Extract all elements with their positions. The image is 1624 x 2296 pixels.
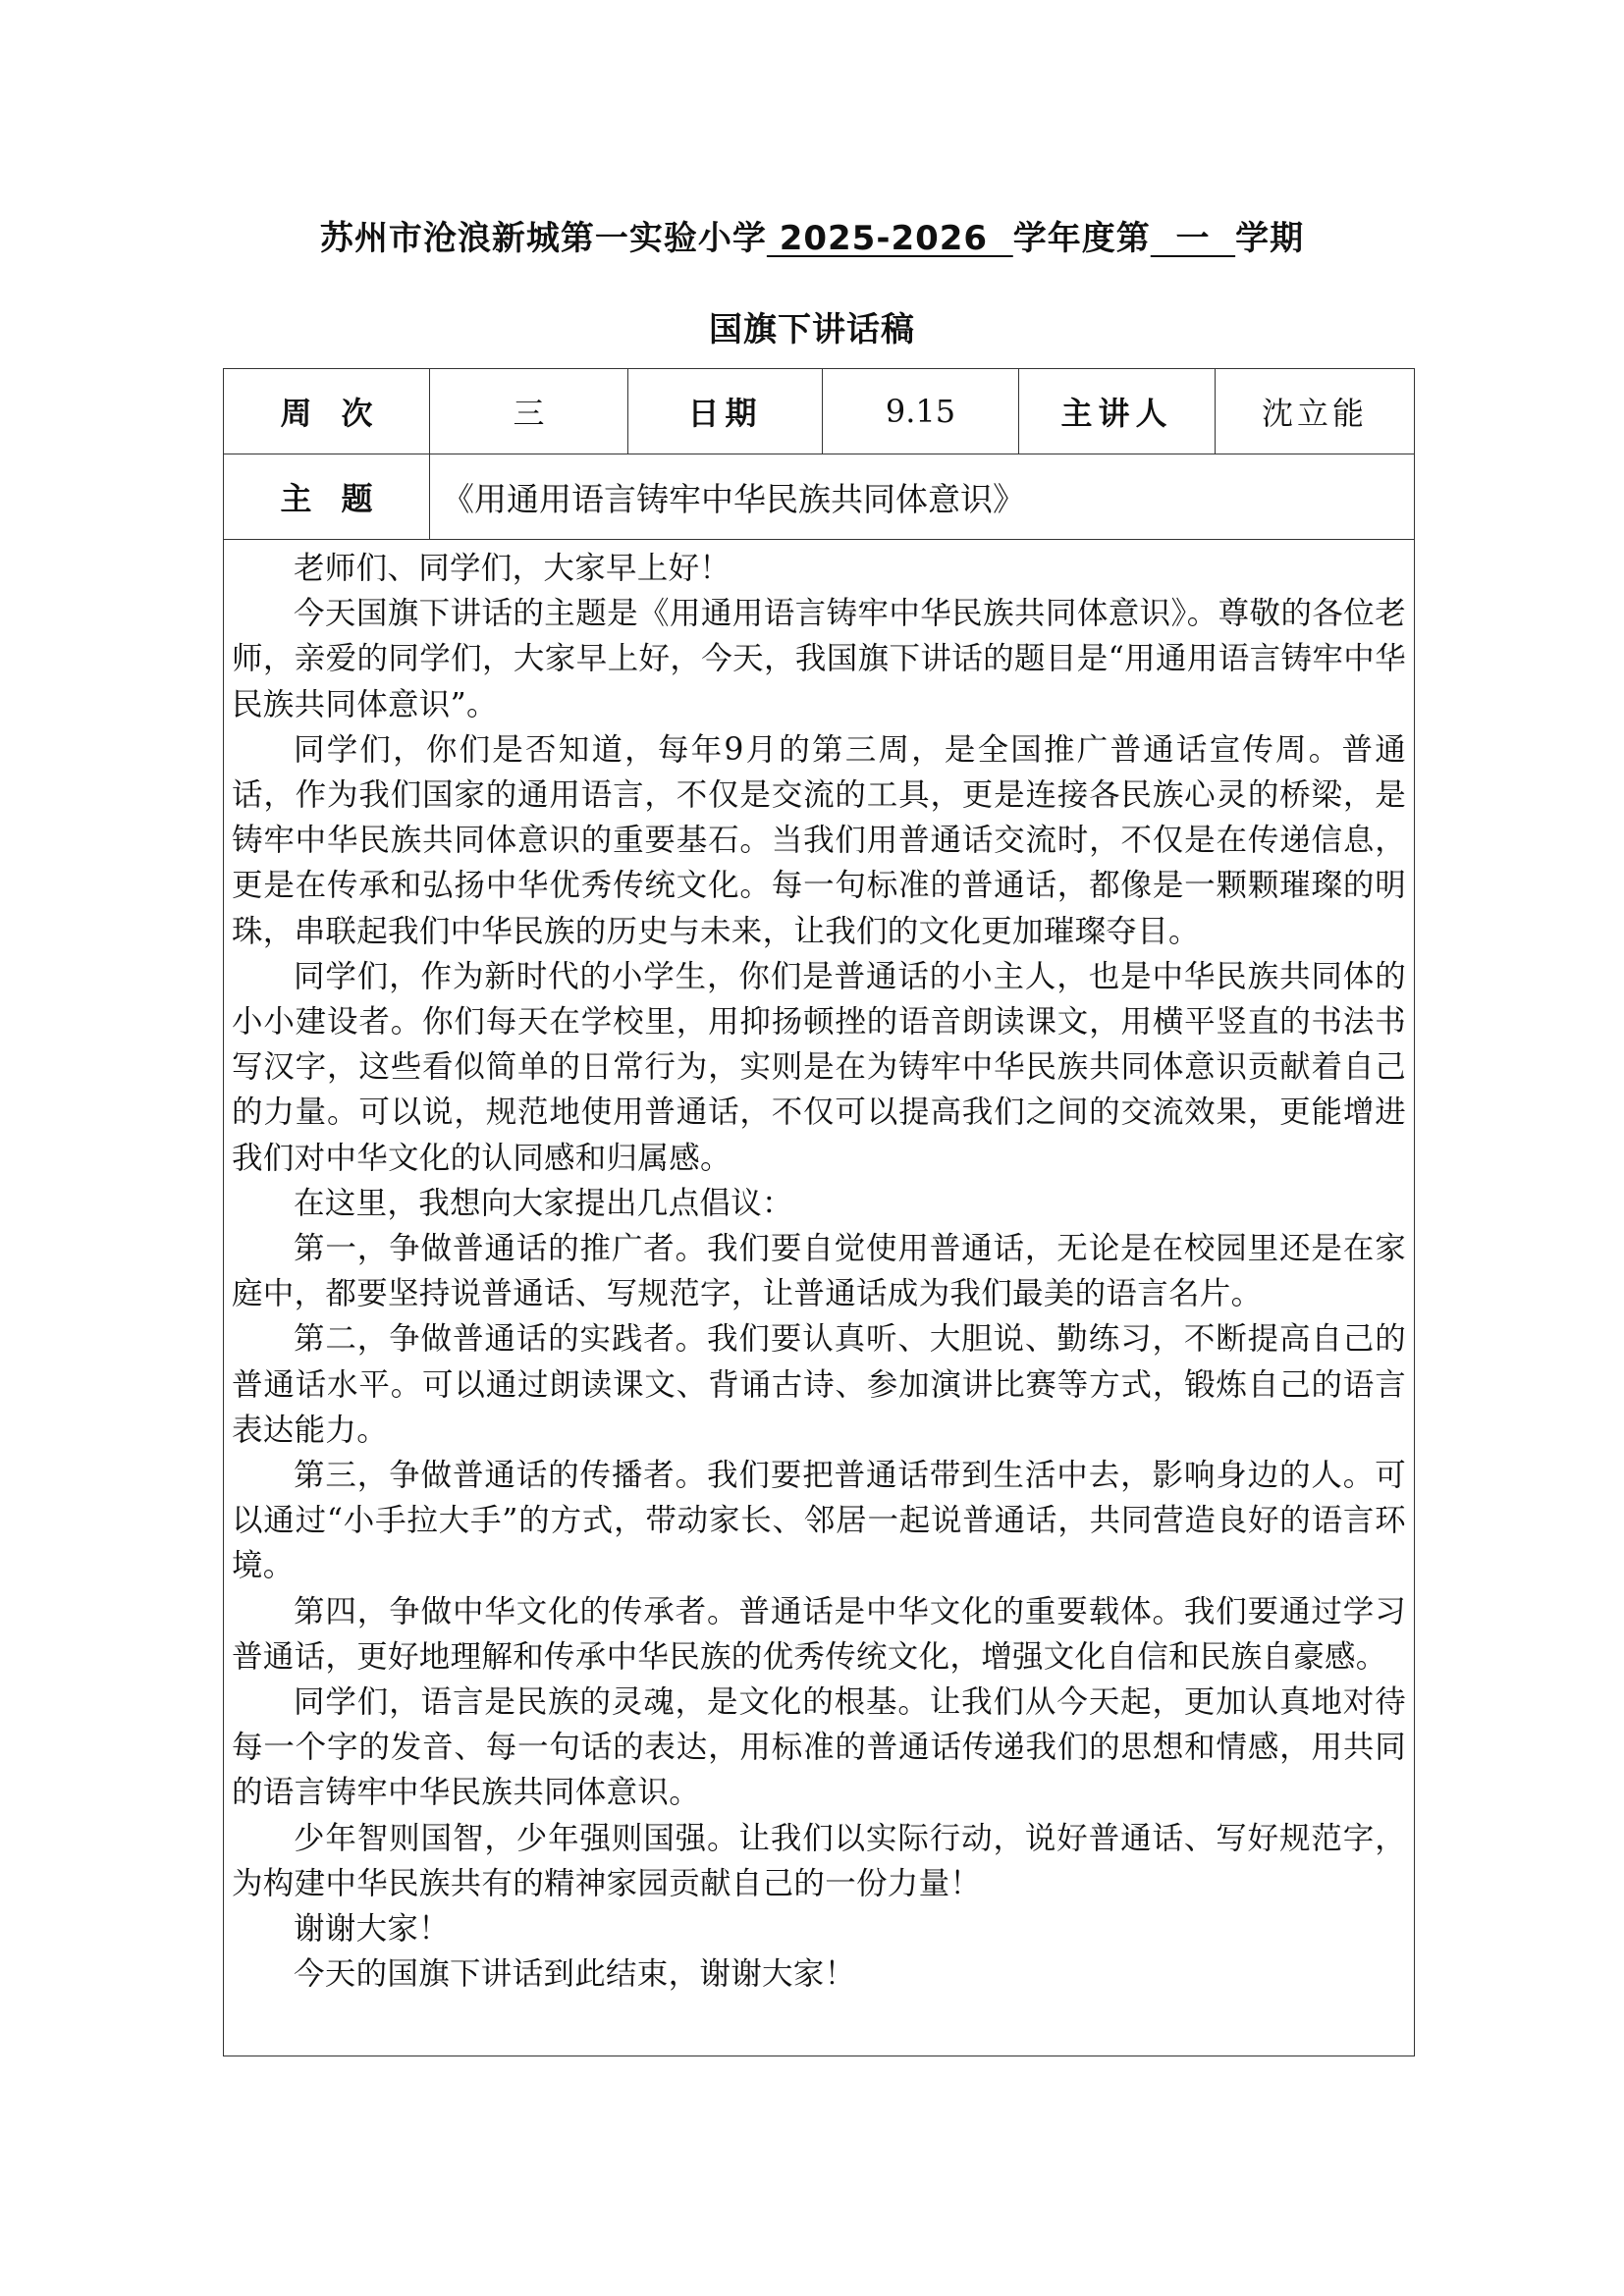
speaker-value-cell: 沈立能 [1216,369,1415,454]
date-label-cell: 日期 [628,369,823,454]
topic-label-cell: 主题 [224,454,430,540]
info-row: 周次 三 日期 9.15 主讲人 沈立能 [224,369,1415,454]
speech-paragraph: 在这里，我想向大家提出几点倡议： [232,1181,1406,1226]
term-number: 一 [1151,219,1235,258]
document-title: 苏州市沧浪新城第一实验小学 2025-2026 学年度第 一 学期 [0,211,1624,259]
speech-paragraph: 少年智则国智，少年强则国强。让我们以实际行动，说好普通话、写好规范字，为构建中华… [232,1816,1406,1906]
school-name: 苏州市沧浪新城第一实验小学 [320,219,767,258]
week-value-cell: 三 [430,369,628,454]
school-year-suffix: 学年度第 [1013,219,1151,258]
date-value: 9.15 [886,393,955,430]
document-subtitle: 国旗下讲话稿 [0,302,1624,350]
week-label-cell: 周次 [224,369,430,454]
speech-paragraph: 今天国旗下讲话的主题是《用通用语言铸牢中华民族共同体意识》。尊敬的各位老师，亲爱… [232,591,1406,727]
topic-value: 《用通用语言铸牢中华民族共同体意识》 [442,480,1025,518]
speaker-value: 沈立能 [1262,395,1368,432]
speech-paragraph: 第二，争做普通话的实践者。我们要认真听、大胆说、勤练习，不断提高自己的普通话水平… [232,1316,1406,1453]
speaker-label: 主讲人 [1060,395,1172,432]
speech-table: 周次 三 日期 9.15 主讲人 沈立能 主题 《用通用语言铸牢中华民族共同体意… [223,368,1415,2056]
school-year: 2025-2026 [767,219,1013,258]
speech-row: 老师们、同学们，大家早上好！ 今天国旗下讲话的主题是《用通用语言铸牢中华民族共同… [224,540,1415,2056]
speech-paragraph: 第一，争做普通话的推广者。我们要自觉使用普通话，无论是在校园里还是在家庭中，都要… [232,1226,1406,1316]
speech-paragraph: 第三，争做普通话的传播者。我们要把普通话带到生活中去，影响身边的人。可以通过“小… [232,1453,1406,1589]
speech-body: 老师们、同学们，大家早上好！ 今天国旗下讲话的主题是《用通用语言铸牢中华民族共同… [224,540,1415,2056]
date-value-cell: 9.15 [823,369,1019,454]
week-label: 周次 [250,395,402,432]
speech-paragraph: 同学们，作为新时代的小学生，你们是普通话的小主人，也是中华民族共同体的小小建设者… [232,954,1406,1181]
week-value: 三 [513,395,544,432]
topic-label: 主题 [250,480,402,517]
speech-paragraph: 老师们、同学们，大家早上好！ [232,546,1406,591]
speaker-label-cell: 主讲人 [1019,369,1216,454]
speech-paragraph: 同学们，语言是民族的灵魂，是文化的根基。让我们从今天起，更加认真地对待每一个字的… [232,1680,1406,1816]
speech-paragraph: 同学们，你们是否知道，每年9月的第三周，是全国推广普通话宣传周。普通话，作为我们… [232,727,1406,954]
topic-row: 主题 《用通用语言铸牢中华民族共同体意识》 [224,454,1415,540]
topic-value-cell: 《用通用语言铸牢中华民族共同体意识》 [430,454,1415,540]
speech-paragraph: 第四，争做中华文化的传承者。普通话是中华文化的重要载体。我们要通过学习普通话，更… [232,1589,1406,1680]
speech-paragraph: 谢谢大家！ [232,1906,1406,1951]
date-label: 日期 [687,395,762,432]
speech-paragraph: 今天的国旗下讲话到此结束，谢谢大家！ [232,1951,1406,1997]
term-suffix: 学期 [1235,219,1304,258]
